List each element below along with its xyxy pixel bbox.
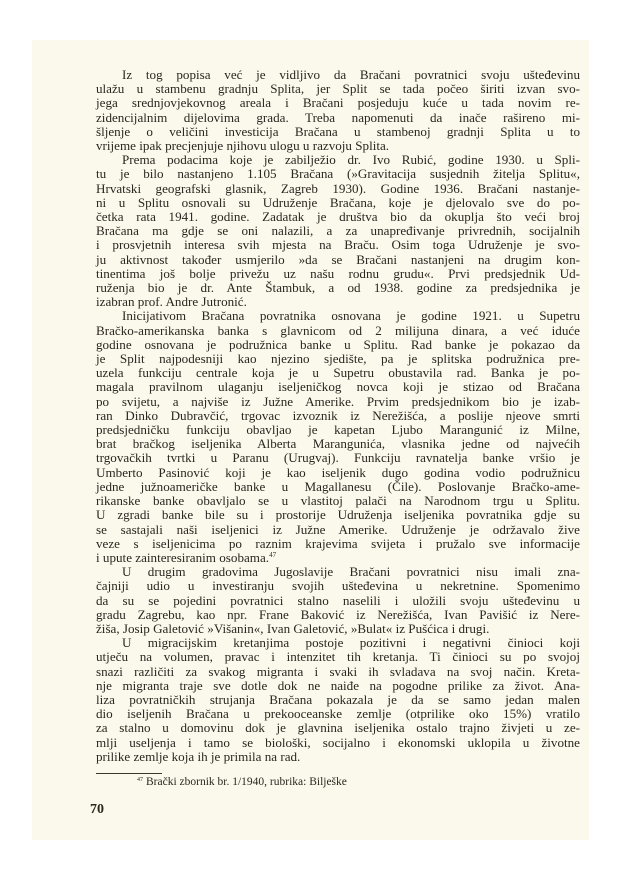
paragraph: Iz tog popisa već je vidljivo da Bračani… xyxy=(96,68,580,153)
paragraph: Inicijativom Bračana povratnika osnovana… xyxy=(96,309,580,565)
text-line: šljenje o veličini investicija Bračana u… xyxy=(96,125,580,139)
text-line: Iz tog popisa već je vidljivo da Bračani… xyxy=(96,68,580,82)
footnote: 47Brački zbornik br. 1/1940, rubrika: Bi… xyxy=(137,776,347,788)
text-line: liza povratničkih strujanja Bračana poka… xyxy=(96,693,580,707)
text-line: jega srednjovjekovnog areala i Bračani p… xyxy=(96,96,580,110)
text-line: ni u Splitu osnovali su Udruženje Bračan… xyxy=(96,196,580,210)
text-line: jedne južnoameričke banke u Magallanesu … xyxy=(96,480,580,494)
text-line: godine osnovana je podružnica banke u Sp… xyxy=(96,338,580,352)
text-line: trgovačkih tvrtki u Paranu (Urugvaj). Fu… xyxy=(96,451,580,465)
text-line: U drugim gradovima Jugoslavije Bračani p… xyxy=(96,565,580,579)
text-line: Hrvatski geografski glasnik, Zagreb 1930… xyxy=(96,182,580,196)
text-line: brat bračkog iseljenika Alberta Marangun… xyxy=(96,437,580,451)
text-line: veze s iseljenicima po raznim krajevima … xyxy=(96,537,580,551)
text-line: tu je bilo nastanjeno 1.105 Bračana (»Gr… xyxy=(96,167,580,181)
text-line: i upute zainteresiranim osobama.47 xyxy=(96,551,580,565)
text-line: U migracijskim kretanjima postoje poziti… xyxy=(96,636,580,650)
text-line: Prema podacima koje je zabilježio dr. Iv… xyxy=(96,153,580,167)
text-line: tinentima još bolje privežu uz našu rodn… xyxy=(96,267,580,281)
text-line: rikanske banke obavljalo se u vlastitoj … xyxy=(96,494,580,508)
text-line: Bračko-amerikanska banka s glavnicom od … xyxy=(96,324,580,338)
text-line: uzela funkciju centrale koja je u Supetr… xyxy=(96,366,580,380)
text-line: izabran prof. Andre Jutronić. xyxy=(96,295,580,309)
text-line: Inicijativom Bračana povratnika osnovana… xyxy=(96,309,580,323)
text-line: snazi različiti za svakog migranta i sva… xyxy=(96,665,580,679)
text-line: dio iseljenih Bračana u prekooceanske ze… xyxy=(96,707,580,721)
text-line: žiša, Josip Galetović »Višanin«, Ivan Ga… xyxy=(96,622,580,636)
text-line: U zgradi banke bile su i prostorije Udru… xyxy=(96,508,580,522)
book-page: Iz tog popisa već je vidljivo da Bračani… xyxy=(32,40,589,840)
body-text: Iz tog popisa već je vidljivo da Bračani… xyxy=(96,68,580,764)
text-line: čajniji udio u investiranju svojih ušteđ… xyxy=(96,579,580,593)
text-line: predsjedničku funkciju obavljao je kapet… xyxy=(96,423,580,437)
text-line: se sastajali naši iseljenici iz Južne Am… xyxy=(96,523,580,537)
text-line: prilike zemlje koja ih je primila na rad… xyxy=(96,750,580,764)
text-line: utječu na volumen, pravac i intenzitet t… xyxy=(96,650,580,664)
text-line: i prosvjetnih interesa svih mjesta na Br… xyxy=(96,238,580,252)
footnote-divider xyxy=(96,773,162,774)
text-line: Umberto Pasinović koji je kao iseljenik … xyxy=(96,466,580,480)
text-line: zidencijalnim dijelovima grada. Treba na… xyxy=(96,111,580,125)
text-line: ran Dinko Dubravčić, trgovac izvoznik iz… xyxy=(96,409,580,423)
footnote-reference: 47 xyxy=(269,551,276,559)
text-line: gradu Zagrebu, kao npr. Frane Baković iz… xyxy=(96,608,580,622)
text-line: mlji useljenja i tamo se biološki, socij… xyxy=(96,736,580,750)
text-line: Bračana ma gdje se oni nalazili, a za un… xyxy=(96,224,580,238)
text-line: da su se pojedini povratnici stalno nase… xyxy=(96,594,580,608)
paragraph: Prema podacima koje je zabilježio dr. Iv… xyxy=(96,153,580,309)
paragraph: U migracijskim kretanjima postoje poziti… xyxy=(96,636,580,764)
footnote-number: 47 xyxy=(137,777,143,783)
text-line: vrijeme ipak precjenjuje njihovu ulogu u… xyxy=(96,139,580,153)
footnote-text: Brački zbornik br. 1/1940, rubrika: Bilj… xyxy=(146,776,347,788)
paragraph: U drugim gradovima Jugoslavije Bračani p… xyxy=(96,565,580,636)
text-line: je Split najpodesniji kao njezino sjediš… xyxy=(96,352,580,366)
text-line: za stalno u domovinu dok je glavnina ise… xyxy=(96,721,580,735)
text-line: ulažu u stambenu gradnju Splita, jer Spl… xyxy=(96,82,580,96)
text-line: četka rata 1941. godine. Zadatak je druš… xyxy=(96,210,580,224)
text-line: magala pravilnom ulaganju iseljeničkog n… xyxy=(96,380,580,394)
page-number: 70 xyxy=(90,802,104,818)
text-line: ruženja bio je dr. Ante Štambuk, a od 19… xyxy=(96,281,580,295)
text-line: po svijetu, a najviše iz Južne Amerike. … xyxy=(96,395,580,409)
text-line: ju aktivnost također usmjerilo »da se Br… xyxy=(96,253,580,267)
text-line: nje migranta traje sve dotle dok ne naiđ… xyxy=(96,679,580,693)
